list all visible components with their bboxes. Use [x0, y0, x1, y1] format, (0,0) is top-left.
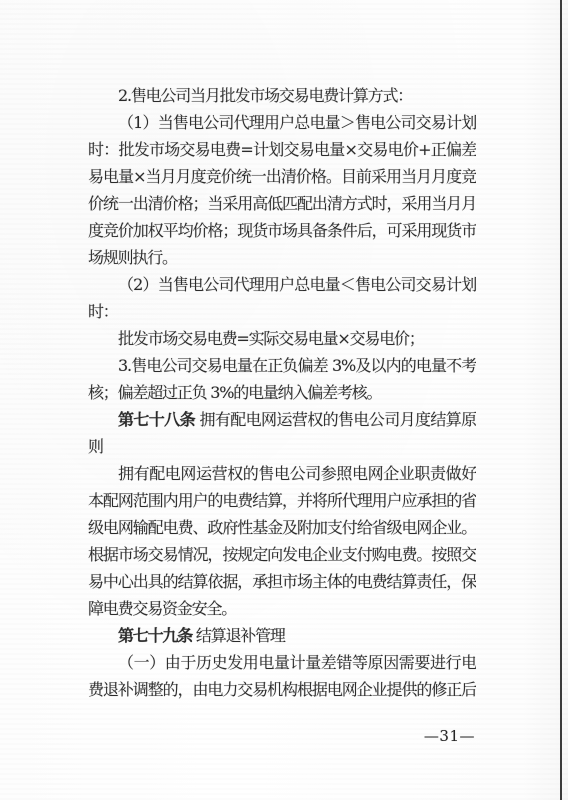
page-number: —31— — [424, 727, 475, 745]
text-line: 易中心出具的结算依据，承担市场主体的电费结算责任，保 — [88, 568, 476, 595]
text-line: 则 — [88, 433, 476, 460]
text-line: 障电费交易资金安全。 — [88, 595, 476, 622]
text-line: 第七十九条 结算退补管理 — [88, 622, 476, 649]
text-line: 根据市场交易情况，按规定向发电企业支付购电费。按照交 — [88, 541, 476, 568]
article-heading: 第七十八条 — [118, 410, 195, 429]
text-line: （2）当售电公司代理用户总电量＜售电公司交易计划 — [88, 271, 476, 298]
text-line: 场规则执行。 — [88, 244, 476, 271]
text-line: 2.售电公司当月批发市场交易电费计算方式： — [88, 82, 476, 109]
text-line: 时： — [88, 298, 476, 325]
text-line: 核；偏差超过正负 3%的电量纳入偏差考核。 — [88, 379, 476, 406]
article-heading: 第七十九条 — [118, 626, 192, 645]
text-line: （1）当售电公司代理用户总电量＞售电公司交易计划 — [88, 109, 476, 136]
text-line: 费退补调整的，由电力交易机构根据电网企业提供的修正后 — [88, 676, 476, 703]
text-line: 级电网输配电费、政府性基金及附加支付给省级电网企业。 — [88, 514, 476, 541]
text-line: 3.售电公司交易电量在正负偏差 3%及以内的电量不考 — [88, 352, 476, 379]
text-line: 拥有配电网运营权的售电公司参照电网企业职责做好 — [88, 460, 476, 487]
text-line: 第七十八条 拥有配电网运营权的售电公司月度结算原 — [88, 406, 476, 433]
document-text: 2.售电公司当月批发市场交易电费计算方式：（1）当售电公司代理用户总电量＞售电公… — [88, 82, 476, 703]
text-line: 度竞价加权平均价格；现货市场具备条件后，可采用现货市 — [88, 217, 476, 244]
text-line: 本配网范围内用户的电费结算，并将所代理用户应承担的省 — [88, 487, 476, 514]
scanned-document-page: 2.售电公司当月批发市场交易电费计算方式：（1）当售电公司代理用户总电量＞售电公… — [0, 0, 568, 800]
text-line: 价统一出清价格；当采用高低匹配出清方式时，采用当月月 — [88, 190, 476, 217]
page-edge-line — [560, 0, 562, 800]
text-line: 时：批发市场交易电费=计划交易电量×交易电价+正偏差交 — [88, 136, 476, 163]
text-line: （一）由于历史发用电量计量差错等原因需要进行电 — [88, 649, 476, 676]
text-line: 批发市场交易电费=实际交易电量×交易电价； — [88, 325, 476, 352]
text-line: 易电量×当月月度竞价统一出清价格。目前采用当月月度竞 — [88, 163, 476, 190]
